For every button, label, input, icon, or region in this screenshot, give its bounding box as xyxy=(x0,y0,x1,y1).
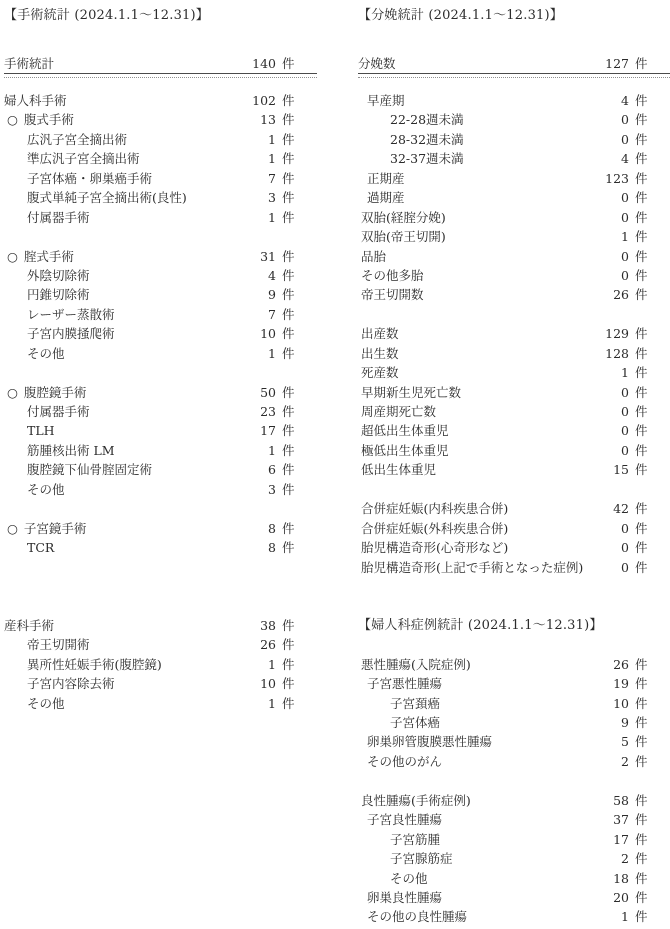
spacer-row xyxy=(4,363,317,382)
stat-row: 22-28週未満0件 xyxy=(358,110,670,129)
row-value: 0 xyxy=(585,208,629,227)
spacer-row xyxy=(358,480,670,499)
delivery-section-title: 【分娩統計 (2024.1.1～12.31)】 xyxy=(358,8,563,24)
stat-row: 極低出生体重児0件 xyxy=(358,441,670,460)
stat-row: 合併症妊娠(外科疾患合併)0件 xyxy=(358,519,670,538)
row-unit: 件 xyxy=(276,674,317,693)
row-value: 3 xyxy=(232,188,276,207)
stat-row: 帝王切開数26件 xyxy=(358,285,670,304)
row-value: 0 xyxy=(585,441,629,460)
row-label: 腹式単純子宮全摘出術(良性) xyxy=(4,188,232,207)
row-value: 26 xyxy=(232,635,276,654)
stat-row: 子宮内容除去術10件 xyxy=(4,674,317,693)
row-unit: 件 xyxy=(629,791,670,810)
row-value: 7 xyxy=(232,169,276,188)
row-value: 20 xyxy=(585,888,629,907)
row-value: 0 xyxy=(585,188,629,207)
row-label: ○腟式手術 xyxy=(4,247,232,266)
row-unit: 件 xyxy=(276,169,317,188)
row-value: 10 xyxy=(585,694,629,713)
stat-row: 過期産0件 xyxy=(358,188,670,207)
row-label: 付属器手術 xyxy=(4,208,232,227)
row-value: 123 xyxy=(585,169,629,188)
stat-row: 早期新生児死亡数0件 xyxy=(358,383,670,402)
stat-row: レーザー蒸散術7件 xyxy=(4,305,317,324)
spacer-row xyxy=(358,577,670,596)
stat-row: 帝王切開術26件 xyxy=(4,635,317,654)
row-value: 19 xyxy=(585,674,629,693)
delivery-header-label: 分娩数 xyxy=(358,54,585,72)
stat-row: 周産期死亡数0件 xyxy=(358,402,670,421)
stat-row: 異所性妊娠手術(腹腔鏡)1件 xyxy=(4,655,317,674)
row-label: その他多胎 xyxy=(358,266,585,285)
row-unit: 件 xyxy=(276,285,317,304)
row-unit: 件 xyxy=(629,441,670,460)
row-value: 31 xyxy=(232,247,276,266)
row-unit: 件 xyxy=(629,519,670,538)
spacer-row xyxy=(4,227,317,246)
row-value: 129 xyxy=(585,324,629,343)
stat-row: 早産期4件 xyxy=(358,91,670,110)
spacer-row xyxy=(4,577,317,596)
surgery-header-unit: 件 xyxy=(276,54,317,72)
row-label: 胎児構造奇形(上記で手術となった症例) xyxy=(358,558,585,577)
row-label: 出産数 xyxy=(358,324,585,343)
row-value: 1 xyxy=(232,208,276,227)
row-unit: 件 xyxy=(629,110,670,129)
stat-row: その他3件 xyxy=(4,480,317,499)
row-unit: 件 xyxy=(276,149,317,168)
row-label: 広汎子宮全摘出術 xyxy=(4,130,232,149)
row-value: 8 xyxy=(232,538,276,557)
stat-row: 広汎子宮全摘出術1件 xyxy=(4,130,317,149)
stat-row: 双胎(帝王切開)1件 xyxy=(358,227,670,246)
row-unit: 件 xyxy=(276,441,317,460)
stat-row: 付属器手術23件 xyxy=(4,402,317,421)
stat-row: 子宮頚癌10件 xyxy=(358,694,670,713)
row-value: 0 xyxy=(585,558,629,577)
spacer-row xyxy=(4,596,317,615)
row-label: 準広汎子宮全摘出術 xyxy=(4,149,232,168)
row-unit: 件 xyxy=(629,538,670,557)
row-unit: 件 xyxy=(629,169,670,188)
stat-row: 胎児構造奇形(心奇形など)0件 xyxy=(358,538,670,557)
stat-row: 産科手術38件 xyxy=(4,616,317,635)
spacer-row xyxy=(4,558,317,577)
stat-row: 筋腫核出術 LM1件 xyxy=(4,441,317,460)
row-label: TCR xyxy=(4,538,232,557)
row-value: 15 xyxy=(585,460,629,479)
row-label: ○腹腔鏡手術 xyxy=(4,383,232,402)
row-unit: 件 xyxy=(629,247,670,266)
stat-row: その他1件 xyxy=(4,344,317,363)
row-unit: 件 xyxy=(629,421,670,440)
stat-row: ○子宮鏡手術8件 xyxy=(4,519,317,538)
row-label: 出生数 xyxy=(358,344,585,363)
row-label: 28-32週未満 xyxy=(358,130,585,149)
row-label: 円錐切除術 xyxy=(4,285,232,304)
row-value: 1 xyxy=(232,344,276,363)
row-label: 双胎(経腟分娩) xyxy=(358,208,585,227)
stat-row: 胎児構造奇形(上記で手術となった症例)0件 xyxy=(358,558,670,577)
row-value: 10 xyxy=(232,324,276,343)
delivery-header-dotted-rule xyxy=(358,77,670,78)
row-label: 低出生体重児 xyxy=(358,460,585,479)
row-value: 2 xyxy=(585,752,629,771)
row-unit: 件 xyxy=(629,383,670,402)
stat-row: 子宮内膜掻爬術10件 xyxy=(4,324,317,343)
row-unit: 件 xyxy=(629,558,670,577)
row-unit: 件 xyxy=(276,91,317,110)
row-unit: 件 xyxy=(276,635,317,654)
stat-row: その他のがん2件 xyxy=(358,752,670,771)
row-value: 6 xyxy=(232,460,276,479)
row-label: 筋腫核出術 LM xyxy=(4,441,232,460)
row-label: 胎児構造奇形(心奇形など) xyxy=(358,538,585,557)
row-value: 37 xyxy=(585,810,629,829)
row-value: 17 xyxy=(585,830,629,849)
row-label: 卵巣卵管腹膜悪性腫瘍 xyxy=(358,732,585,751)
row-value: 4 xyxy=(585,91,629,110)
row-unit: 件 xyxy=(629,91,670,110)
row-value: 18 xyxy=(585,869,629,888)
row-value: 4 xyxy=(585,149,629,168)
row-unit: 件 xyxy=(629,694,670,713)
row-value: 0 xyxy=(585,421,629,440)
row-label: 正期産 xyxy=(358,169,585,188)
row-label: その他 xyxy=(4,480,232,499)
row-unit: 件 xyxy=(629,830,670,849)
row-value: 128 xyxy=(585,344,629,363)
row-value: 0 xyxy=(585,130,629,149)
stat-row: 良性腫瘍(手術症例)58件 xyxy=(358,791,670,810)
row-value: 13 xyxy=(232,110,276,129)
row-value: 4 xyxy=(232,266,276,285)
stat-row: 円錐切除術9件 xyxy=(4,285,317,304)
row-label: 腹腔鏡下仙骨腟固定術 xyxy=(4,460,232,479)
stat-row: 子宮体癌・卵巣癌手術7件 xyxy=(4,169,317,188)
row-label: 子宮腺筋症 xyxy=(358,849,585,868)
row-unit: 件 xyxy=(276,208,317,227)
spacer-row xyxy=(358,305,670,324)
row-label: 早期新生児死亡数 xyxy=(358,383,585,402)
row-unit: 件 xyxy=(276,655,317,674)
row-unit: 件 xyxy=(276,344,317,363)
stat-row: 低出生体重児15件 xyxy=(358,460,670,479)
row-value: 9 xyxy=(585,713,629,732)
row-unit: 件 xyxy=(276,247,317,266)
stat-row: 婦人科手術102件 xyxy=(4,91,317,110)
row-value: 7 xyxy=(232,305,276,324)
circle-marker-icon: ○ xyxy=(7,110,18,129)
row-value: 102 xyxy=(232,91,276,110)
row-unit: 件 xyxy=(629,674,670,693)
row-unit: 件 xyxy=(629,188,670,207)
row-unit: 件 xyxy=(276,519,317,538)
row-unit: 件 xyxy=(629,907,670,926)
row-unit: 件 xyxy=(276,266,317,285)
row-label: その他 xyxy=(4,694,232,713)
row-label: 超低出生体重児 xyxy=(358,421,585,440)
row-label: 極低出生体重児 xyxy=(358,441,585,460)
row-label: 子宮内膜掻爬術 xyxy=(4,324,232,343)
row-label: 悪性腫瘍(入院症例) xyxy=(358,655,585,674)
row-unit: 件 xyxy=(276,538,317,557)
row-label: 良性腫瘍(手術症例) xyxy=(358,791,585,810)
surgery-section-title: 【手術統計 (2024.1.1～12.31)】 xyxy=(4,8,209,24)
row-value: 1 xyxy=(232,441,276,460)
row-label: 周産期死亡数 xyxy=(358,402,585,421)
row-label: 外陰切除術 xyxy=(4,266,232,285)
stat-row: 腹腔鏡下仙骨腟固定術6件 xyxy=(4,460,317,479)
stat-row: 出産数129件 xyxy=(358,324,670,343)
row-value: 0 xyxy=(585,110,629,129)
row-label: ○腹式手術 xyxy=(4,110,232,129)
row-label: 早産期 xyxy=(358,91,585,110)
row-label: 婦人科手術 xyxy=(4,91,232,110)
row-unit: 件 xyxy=(276,110,317,129)
stat-row: 外陰切除術4件 xyxy=(4,266,317,285)
row-unit: 件 xyxy=(629,810,670,829)
row-unit: 件 xyxy=(629,752,670,771)
delivery-table-header: 分娩数 127 件 xyxy=(358,53,670,74)
row-label: ○子宮鏡手術 xyxy=(4,519,232,538)
stat-row: 子宮体癌9件 xyxy=(358,713,670,732)
surgery-rows: 婦人科手術102件○腹式手術13件広汎子宮全摘出術1件準広汎子宮全摘出術1件子宮… xyxy=(4,91,317,713)
row-label: 過期産 xyxy=(358,188,585,207)
stat-row: 出生数128件 xyxy=(358,344,670,363)
stat-row: 卵巣卵管腹膜悪性腫瘍5件 xyxy=(358,732,670,751)
stat-row: 子宮良性腫瘍37件 xyxy=(358,810,670,829)
row-label: その他のがん xyxy=(358,752,585,771)
stat-row: 品胎0件 xyxy=(358,247,670,266)
stat-row: 28-32週未満0件 xyxy=(358,130,670,149)
row-unit: 件 xyxy=(629,208,670,227)
stat-row: 悪性腫瘍(入院症例)26件 xyxy=(358,655,670,674)
row-unit: 件 xyxy=(629,324,670,343)
stat-row: その他18件 xyxy=(358,869,670,888)
surgery-table-header: 手術統計 140 件 xyxy=(4,53,317,74)
circle-marker-icon: ○ xyxy=(7,247,18,266)
row-label: 子宮頚癌 xyxy=(358,694,585,713)
stat-row: 死産数1件 xyxy=(358,363,670,382)
row-value: 26 xyxy=(585,655,629,674)
delivery-rows: 早産期4件22-28週未満0件28-32週未満0件32-37週未満4件正期産12… xyxy=(358,91,670,927)
row-unit: 件 xyxy=(276,694,317,713)
row-label: 死産数 xyxy=(358,363,585,382)
stat-row: 付属器手術1件 xyxy=(4,208,317,227)
row-label: 卵巣良性腫瘍 xyxy=(358,888,585,907)
row-label: レーザー蒸散術 xyxy=(4,305,232,324)
row-value: 1 xyxy=(232,655,276,674)
row-value: 42 xyxy=(585,499,629,518)
row-unit: 件 xyxy=(629,499,670,518)
row-unit: 件 xyxy=(629,402,670,421)
row-value: 0 xyxy=(585,383,629,402)
row-label: 帝王切開数 xyxy=(358,285,585,304)
stat-row: 子宮悪性腫瘍19件 xyxy=(358,674,670,693)
row-unit: 件 xyxy=(629,460,670,479)
row-value: 1 xyxy=(232,130,276,149)
row-unit: 件 xyxy=(276,188,317,207)
row-value: 1 xyxy=(585,907,629,926)
stat-row: 子宮腺筋症2件 xyxy=(358,849,670,868)
row-value: 17 xyxy=(232,421,276,440)
stat-row: その他多胎0件 xyxy=(358,266,670,285)
delivery-header-value: 127 xyxy=(585,56,629,71)
row-unit: 件 xyxy=(276,130,317,149)
row-label: 合併症妊娠(内科疾患合併) xyxy=(358,499,585,518)
row-unit: 件 xyxy=(276,305,317,324)
row-value: 58 xyxy=(585,791,629,810)
row-value: 1 xyxy=(232,694,276,713)
row-label: その他 xyxy=(4,344,232,363)
row-label: 32-37週未満 xyxy=(358,149,585,168)
row-value: 23 xyxy=(232,402,276,421)
stat-row: その他の良性腫瘍1件 xyxy=(358,907,670,926)
row-label: 付属器手術 xyxy=(4,402,232,421)
stat-row: 双胎(経腟分娩)0件 xyxy=(358,208,670,227)
circle-marker-icon: ○ xyxy=(7,519,18,538)
row-value: 1 xyxy=(585,363,629,382)
row-value: 26 xyxy=(585,285,629,304)
row-label: 双胎(帝王切開) xyxy=(358,227,585,246)
row-unit: 件 xyxy=(629,655,670,674)
row-value: 2 xyxy=(585,849,629,868)
row-value: 1 xyxy=(585,227,629,246)
row-unit: 件 xyxy=(276,616,317,635)
row-unit: 件 xyxy=(276,460,317,479)
surgery-header-dotted-rule xyxy=(4,77,317,78)
row-label: TLH xyxy=(4,421,232,440)
row-unit: 件 xyxy=(629,130,670,149)
surgery-header-label: 手術統計 xyxy=(4,54,232,72)
row-label: 合併症妊娠(外科疾患合併) xyxy=(358,519,585,538)
row-value: 0 xyxy=(585,538,629,557)
row-label: 子宮体癌 xyxy=(358,713,585,732)
embedded-section-title: 【婦人科症例統計 (2024.1.1～12.31)】 xyxy=(358,616,670,635)
stat-row: 卵巣良性腫瘍20件 xyxy=(358,888,670,907)
spacer-row xyxy=(358,635,670,654)
row-unit: 件 xyxy=(276,421,317,440)
stat-row: ○腹腔鏡手術50件 xyxy=(4,383,317,402)
row-unit: 件 xyxy=(276,324,317,343)
row-value: 38 xyxy=(232,616,276,635)
stat-row: 準広汎子宮全摘出術1件 xyxy=(4,149,317,168)
row-unit: 件 xyxy=(629,888,670,907)
row-label: 子宮内容除去術 xyxy=(4,674,232,693)
row-label: 子宮筋腫 xyxy=(358,830,585,849)
row-value: 0 xyxy=(585,402,629,421)
row-value: 0 xyxy=(585,247,629,266)
row-value: 5 xyxy=(585,732,629,751)
statistics-report-page: 【手術統計 (2024.1.1～12.31)】 手術統計 140 件 婦人科手術… xyxy=(0,0,670,929)
row-value: 8 xyxy=(232,519,276,538)
row-value: 9 xyxy=(232,285,276,304)
stat-row: その他1件 xyxy=(4,694,317,713)
row-value: 0 xyxy=(585,266,629,285)
stat-row: 正期産123件 xyxy=(358,169,670,188)
row-value: 0 xyxy=(585,519,629,538)
row-unit: 件 xyxy=(629,363,670,382)
row-unit: 件 xyxy=(629,266,670,285)
row-unit: 件 xyxy=(629,869,670,888)
row-value: 1 xyxy=(232,149,276,168)
stat-row: ○腹式手術13件 xyxy=(4,110,317,129)
row-label: 子宮悪性腫瘍 xyxy=(358,674,585,693)
row-label: 帝王切開術 xyxy=(4,635,232,654)
row-label: 産科手術 xyxy=(4,616,232,635)
row-unit: 件 xyxy=(629,732,670,751)
row-label: その他の良性腫瘍 xyxy=(358,907,585,926)
spacer-row xyxy=(4,499,317,518)
row-value: 3 xyxy=(232,480,276,499)
stat-row: 子宮筋腫17件 xyxy=(358,830,670,849)
row-label: 異所性妊娠手術(腹腔鏡) xyxy=(4,655,232,674)
row-label: 品胎 xyxy=(358,247,585,266)
row-value: 50 xyxy=(232,383,276,402)
stat-row: 合併症妊娠(内科疾患合併)42件 xyxy=(358,499,670,518)
row-unit: 件 xyxy=(276,383,317,402)
row-unit: 件 xyxy=(629,849,670,868)
stat-row: 32-37週未満4件 xyxy=(358,149,670,168)
row-label: 22-28週未満 xyxy=(358,110,585,129)
row-unit: 件 xyxy=(276,480,317,499)
row-unit: 件 xyxy=(629,713,670,732)
stat-row: 超低出生体重児0件 xyxy=(358,421,670,440)
stat-row: 腹式単純子宮全摘出術(良性)3件 xyxy=(4,188,317,207)
row-unit: 件 xyxy=(629,344,670,363)
row-unit: 件 xyxy=(629,149,670,168)
delivery-header-unit: 件 xyxy=(629,54,670,72)
spacer-row xyxy=(358,596,670,615)
row-unit: 件 xyxy=(276,402,317,421)
surgery-header-value: 140 xyxy=(232,56,276,71)
spacer-row xyxy=(358,771,670,790)
stat-row: TLH17件 xyxy=(4,421,317,440)
row-value: 10 xyxy=(232,674,276,693)
row-label: 子宮体癌・卵巣癌手術 xyxy=(4,169,232,188)
stat-row: TCR8件 xyxy=(4,538,317,557)
row-label: 子宮良性腫瘍 xyxy=(358,810,585,829)
circle-marker-icon: ○ xyxy=(7,383,18,402)
row-unit: 件 xyxy=(629,227,670,246)
row-unit: 件 xyxy=(629,285,670,304)
stat-row: ○腟式手術31件 xyxy=(4,247,317,266)
row-label: その他 xyxy=(358,869,585,888)
